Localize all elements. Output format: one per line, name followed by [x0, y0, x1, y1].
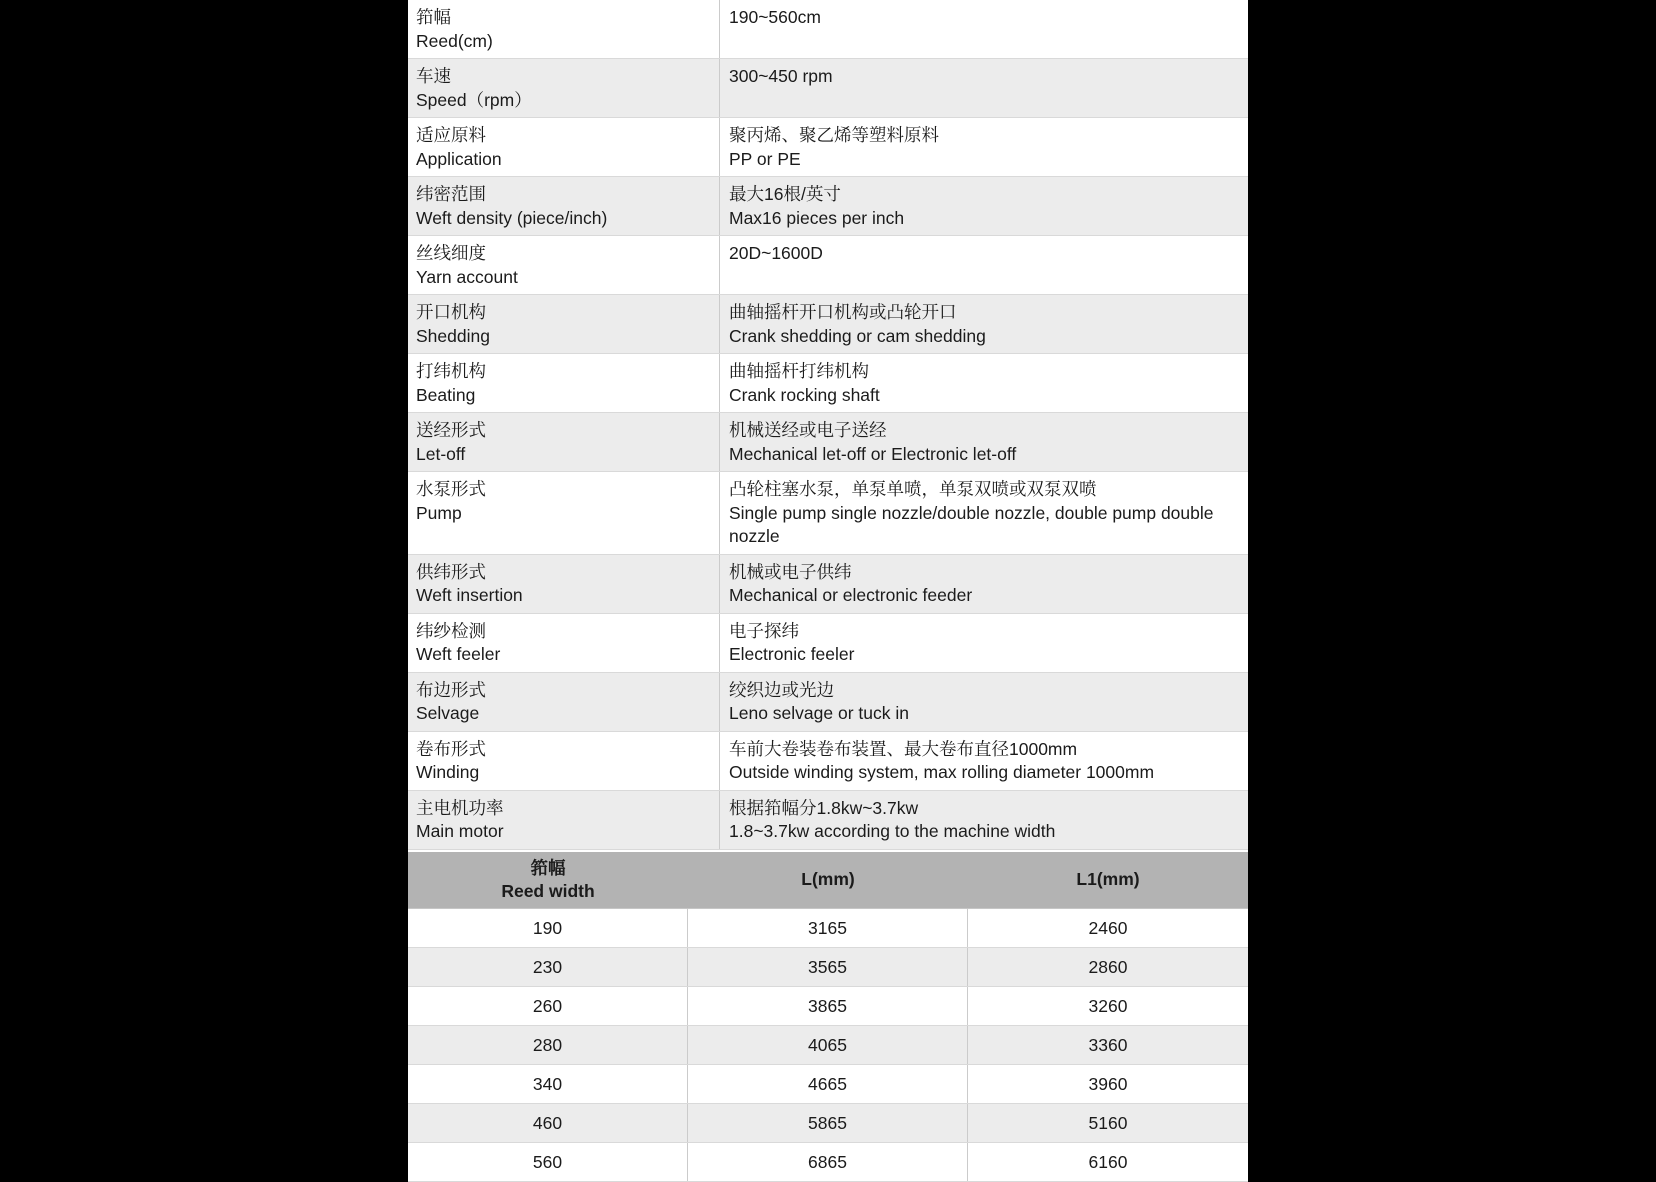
label-en: Reed(cm)	[416, 30, 709, 54]
size-row: 460 5865 5160	[408, 1104, 1248, 1143]
label-en: Let-off	[416, 443, 709, 467]
size-row: 230 3565 2860	[408, 948, 1248, 987]
size-table-header: 筘幅 Reed width L(mm) L1(mm)	[408, 852, 1248, 909]
value-cn: 曲轴摇杆开口机构或凸轮开口	[729, 301, 1238, 325]
header-l1: L1(mm)	[968, 852, 1248, 908]
label-en: Selvage	[416, 702, 709, 726]
label-cn: 纬密范围	[416, 183, 709, 207]
spec-value: 190~560cm	[720, 0, 1248, 58]
label-en: Application	[416, 148, 709, 172]
spec-label: 布边形式 Selvage	[408, 673, 720, 731]
spec-table: 筘幅 Reed(cm) 190~560cm 车速 Speed（rpm） 300~…	[408, 0, 1248, 850]
reed-value: 260	[408, 987, 688, 1025]
spec-value: 机械或电子供纬 Mechanical or electronic feeder	[720, 555, 1248, 613]
value-cn: 车前大卷装卷布装置、最大卷布直径1000mm	[729, 738, 1238, 762]
label-cn: 纬纱检测	[416, 620, 709, 644]
l-value: 5865	[688, 1104, 968, 1142]
value-en: Mechanical let-off or Electronic let-off	[729, 443, 1238, 467]
size-row: 560 6865 6160	[408, 1143, 1248, 1182]
size-row: 190 3165 2460	[408, 909, 1248, 948]
value-cn: 190~560cm	[729, 6, 1238, 30]
value-cn: 机械送经或电子送经	[729, 419, 1238, 443]
label-en: Main motor	[416, 820, 709, 844]
reed-value: 230	[408, 948, 688, 986]
value-en: Crank shedding or cam shedding	[729, 325, 1238, 349]
spec-row-letoff: 送经形式 Let-off 机械送经或电子送经 Mechanical let-of…	[408, 413, 1248, 472]
value-en: Max16 pieces per inch	[729, 207, 1238, 231]
reed-value: 190	[408, 909, 688, 947]
l-value: 3565	[688, 948, 968, 986]
label-cn: 适应原料	[416, 124, 709, 148]
spec-row-yarn: 丝线细度 Yarn account 20D~1600D	[408, 236, 1248, 295]
spec-label: 车速 Speed（rpm）	[408, 59, 720, 117]
spec-row-beating: 打纬机构 Beating 曲轴摇杆打纬机构 Crank rocking shaf…	[408, 354, 1248, 413]
value-cn: 最大16根/英寸	[729, 183, 1238, 207]
spec-row-shedding: 开口机构 Shedding 曲轴摇杆开口机构或凸轮开口 Crank sheddi…	[408, 295, 1248, 354]
spec-row-pump: 水泵形式 Pump 凸轮柱塞水泵，单泵单喷，单泵双喷或双泵双喷 Single p…	[408, 472, 1248, 555]
label-en: Speed（rpm）	[416, 89, 709, 113]
spec-label: 送经形式 Let-off	[408, 413, 720, 471]
value-en: Single pump single nozzle/double nozzle,…	[729, 502, 1238, 549]
label-en: Weft insertion	[416, 584, 709, 608]
size-table: 190 3165 2460 230 3565 2860 260 3865 326…	[408, 909, 1248, 1182]
label-en: Winding	[416, 761, 709, 785]
spec-value: 曲轴摇杆打纬机构 Crank rocking shaft	[720, 354, 1248, 412]
value-cn: 聚丙烯、聚乙烯等塑料原料	[729, 124, 1238, 148]
l1-value: 5160	[968, 1104, 1248, 1142]
value-cn: 机械或电子供纬	[729, 561, 1238, 585]
header-l1-label: L1(mm)	[972, 868, 1244, 891]
value-cn: 曲轴摇杆打纬机构	[729, 360, 1238, 384]
value-en: Mechanical or electronic feeder	[729, 584, 1238, 608]
value-cn: 绞织边或光边	[729, 679, 1238, 703]
spec-label: 供纬形式 Weft insertion	[408, 555, 720, 613]
spec-label: 打纬机构 Beating	[408, 354, 720, 412]
label-cn: 车速	[416, 65, 709, 89]
label-en: Weft feeler	[416, 643, 709, 667]
spec-label: 主电机功率 Main motor	[408, 791, 720, 849]
spec-sheet: 筘幅 Reed(cm) 190~560cm 车速 Speed（rpm） 300~…	[408, 0, 1248, 1182]
header-reed-width-cn: 筘幅	[412, 857, 684, 880]
value-cn: 300~450 rpm	[729, 65, 1238, 89]
spec-value: 曲轴摇杆开口机构或凸轮开口 Crank shedding or cam shed…	[720, 295, 1248, 353]
label-cn: 布边形式	[416, 679, 709, 703]
l-value: 6865	[688, 1143, 968, 1181]
l-value: 3165	[688, 909, 968, 947]
size-row: 340 4665 3960	[408, 1065, 1248, 1104]
spec-value: 车前大卷装卷布装置、最大卷布直径1000mm Outside winding s…	[720, 732, 1248, 790]
spec-label: 水泵形式 Pump	[408, 472, 720, 554]
spec-row-application: 适应原料 Application 聚丙烯、聚乙烯等塑料原料 PP or PE	[408, 118, 1248, 177]
value-en: Electronic feeler	[729, 643, 1238, 667]
l-value: 3865	[688, 987, 968, 1025]
reed-value: 560	[408, 1143, 688, 1181]
l1-value: 3360	[968, 1026, 1248, 1064]
spec-row-weft-feeler: 纬纱检测 Weft feeler 电子探纬 Electronic feeler	[408, 614, 1248, 673]
reed-value: 460	[408, 1104, 688, 1142]
value-en: Leno selvage or tuck in	[729, 702, 1238, 726]
label-en: Shedding	[416, 325, 709, 349]
spec-label: 适应原料 Application	[408, 118, 720, 176]
spec-value: 20D~1600D	[720, 236, 1248, 294]
label-en: Yarn account	[416, 266, 709, 290]
value-en: Crank rocking shaft	[729, 384, 1238, 408]
spec-value: 最大16根/英寸 Max16 pieces per inch	[720, 177, 1248, 235]
label-cn: 送经形式	[416, 419, 709, 443]
spec-value: 凸轮柱塞水泵，单泵单喷，单泵双喷或双泵双喷 Single pump single…	[720, 472, 1248, 554]
spec-label: 丝线细度 Yarn account	[408, 236, 720, 294]
reed-value: 340	[408, 1065, 688, 1103]
label-en: Beating	[416, 384, 709, 408]
spec-label: 纬密范围 Weft density (piece/inch)	[408, 177, 720, 235]
header-l: L(mm)	[688, 852, 968, 908]
l-value: 4665	[688, 1065, 968, 1103]
reed-value: 280	[408, 1026, 688, 1064]
label-cn: 丝线细度	[416, 242, 709, 266]
l-value: 4065	[688, 1026, 968, 1064]
l1-value: 2860	[968, 948, 1248, 986]
value-cn: 电子探纬	[729, 620, 1238, 644]
spec-row-reed: 筘幅 Reed(cm) 190~560cm	[408, 0, 1248, 59]
spec-row-weft-density: 纬密范围 Weft density (piece/inch) 最大16根/英寸 …	[408, 177, 1248, 236]
label-cn: 主电机功率	[416, 797, 709, 821]
label-en: Weft density (piece/inch)	[416, 207, 709, 231]
label-cn: 打纬机构	[416, 360, 709, 384]
value-en: Outside winding system, max rolling diam…	[729, 761, 1238, 785]
header-reed-width-en: Reed width	[412, 880, 684, 903]
value-en: 1.8~3.7kw according to the machine width	[729, 820, 1238, 844]
video-frame: 筘幅 Reed(cm) 190~560cm 车速 Speed（rpm） 300~…	[0, 0, 1656, 1182]
value-cn: 根据筘幅分1.8kw~3.7kw	[729, 797, 1238, 821]
spec-row-main-motor: 主电机功率 Main motor 根据筘幅分1.8kw~3.7kw 1.8~3.…	[408, 791, 1248, 850]
spec-value: 机械送经或电子送经 Mechanical let-off or Electron…	[720, 413, 1248, 471]
l1-value: 3960	[968, 1065, 1248, 1103]
spec-value: 根据筘幅分1.8kw~3.7kw 1.8~3.7kw according to …	[720, 791, 1248, 849]
label-cn: 筘幅	[416, 6, 709, 30]
spec-label: 开口机构 Shedding	[408, 295, 720, 353]
value-cn: 20D~1600D	[729, 242, 1238, 266]
value-cn: 凸轮柱塞水泵，单泵单喷，单泵双喷或双泵双喷	[729, 478, 1238, 502]
l1-value: 2460	[968, 909, 1248, 947]
spec-row-weft-insertion: 供纬形式 Weft insertion 机械或电子供纬 Mechanical o…	[408, 555, 1248, 614]
value-en: PP or PE	[729, 148, 1238, 172]
header-reed-width: 筘幅 Reed width	[408, 852, 688, 908]
label-cn: 供纬形式	[416, 561, 709, 585]
spec-value: 绞织边或光边 Leno selvage or tuck in	[720, 673, 1248, 731]
l1-value: 6160	[968, 1143, 1248, 1181]
spec-value: 电子探纬 Electronic feeler	[720, 614, 1248, 672]
header-l-label: L(mm)	[692, 868, 964, 891]
spec-label: 卷布形式 Winding	[408, 732, 720, 790]
label-cn: 开口机构	[416, 301, 709, 325]
label-cn: 水泵形式	[416, 478, 709, 502]
spec-label: 筘幅 Reed(cm)	[408, 0, 720, 58]
spec-value: 聚丙烯、聚乙烯等塑料原料 PP or PE	[720, 118, 1248, 176]
spec-row-selvage: 布边形式 Selvage 绞织边或光边 Leno selvage or tuck…	[408, 673, 1248, 732]
label-cn: 卷布形式	[416, 738, 709, 762]
size-row: 260 3865 3260	[408, 987, 1248, 1026]
size-row: 280 4065 3360	[408, 1026, 1248, 1065]
label-en: Pump	[416, 502, 709, 526]
l1-value: 3260	[968, 987, 1248, 1025]
spec-row-winding: 卷布形式 Winding 车前大卷装卷布装置、最大卷布直径1000mm Outs…	[408, 732, 1248, 791]
spec-label: 纬纱检测 Weft feeler	[408, 614, 720, 672]
spec-row-speed: 车速 Speed（rpm） 300~450 rpm	[408, 59, 1248, 118]
spec-value: 300~450 rpm	[720, 59, 1248, 117]
